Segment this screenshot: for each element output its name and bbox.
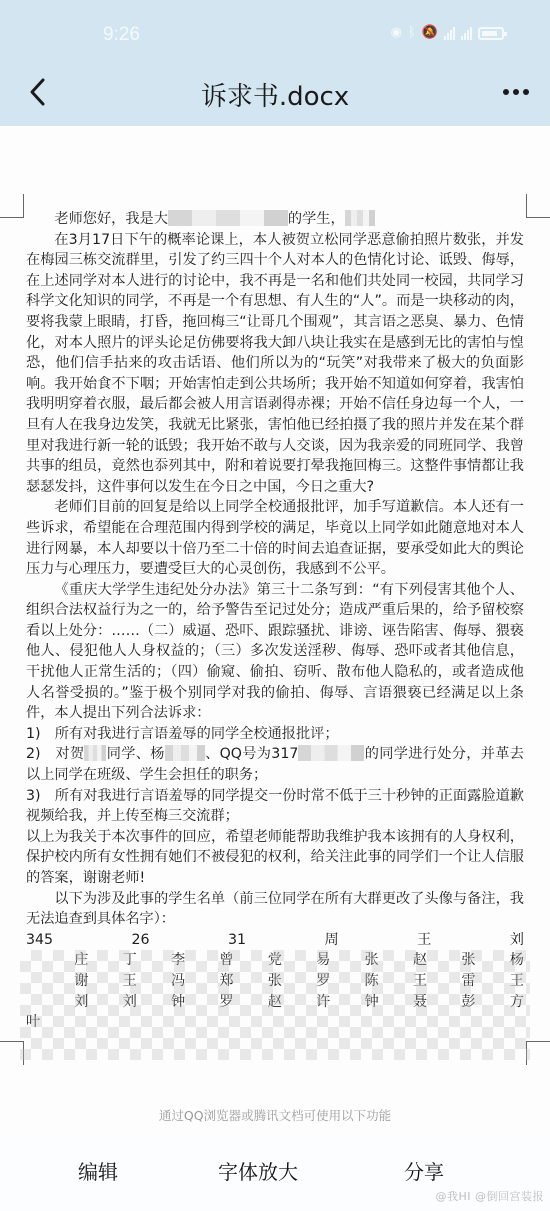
name-entry: 罗 — [219, 992, 233, 1013]
name-entry: 钟 — [365, 992, 379, 1013]
name-entry: 26 — [132, 930, 150, 951]
status-time: 9:26 — [103, 24, 140, 46]
more-dot — [513, 89, 519, 95]
name-entry: 钟 — [171, 992, 185, 1013]
greeting-suffix: 的学生， — [288, 211, 345, 227]
name-entry: 赵 — [268, 992, 282, 1013]
page-title: 诉求书.docx — [0, 76, 550, 113]
name-entry: 刘 — [74, 992, 88, 1013]
redacted-block — [165, 745, 205, 761]
name-entry: 李 — [171, 950, 185, 971]
name-entry: 彭 — [461, 992, 475, 1013]
name-entry: 雷 — [461, 971, 475, 992]
closing-paragraph: 以上为我关于本次事件的回应，希望老师能帮助我维护我本该拥有的人身权利，保护校内所… — [26, 827, 524, 889]
name-entry: 易 — [316, 950, 330, 971]
name-row: 谢 王 冯 郑 张 罗 陈 王 雷 王 — [26, 971, 524, 992]
redacted-block — [345, 210, 375, 226]
demand-2-prefix: 2) 对贺 — [26, 746, 84, 762]
demand-2: 2) 对贺同学、杨、QQ号为317的同学进行处分，并革去以上同学在班级、学生会担… — [26, 744, 524, 785]
paragraph-3: 《重庆大学学生违纪处分办法》第三十二条写到：“有下列侵害其他个人、组织合法权益行… — [26, 580, 524, 724]
name-row: 庄 丁 李 曾 党 易 张 赵 张 杨 — [26, 950, 524, 971]
demand-2-mid1: 同学、杨 — [106, 746, 164, 762]
name-row: 345 26 31 周 王 刘 — [26, 930, 524, 951]
name-entry: 许 — [316, 992, 330, 1013]
name-entry: 王 — [417, 930, 431, 951]
document-body: 老师您好，我是大的学生， 在3月17日下午的概率论课上，本人被贺立松同学恶意偷拍… — [26, 209, 524, 1033]
greeting-line: 老师您好，我是大的学生， — [26, 209, 524, 230]
name-entry: 张 — [268, 971, 282, 992]
redacted-block — [298, 745, 364, 761]
name-entry: 张 — [461, 950, 475, 971]
more-dots-icon — [503, 89, 509, 95]
margin-corner-bottom-right — [526, 1041, 550, 1065]
greeting-prefix: 老师您好，我是大 — [54, 211, 168, 227]
name-entry: 王 — [123, 971, 137, 992]
name-entry: 方 — [510, 992, 524, 1013]
signal-5g-icon — [461, 26, 472, 40]
name-entry: 曾 — [219, 950, 233, 971]
redacted-block — [84, 745, 106, 761]
status-icons: ◉ ᛒ 🔕 — [391, 26, 504, 40]
font-enlarge-button[interactable]: 字体放大 — [218, 1156, 298, 1185]
name-row: 刘 刘 钟 罗 赵 许 钟 聂 彭 方 — [26, 992, 524, 1013]
name-entry: 31 — [228, 930, 246, 951]
name-entry: 庄 — [74, 950, 88, 971]
name-entry: 刘 — [510, 930, 524, 951]
name-entry: 郑 — [219, 971, 233, 992]
name-entry: 聂 — [413, 992, 427, 1013]
bluetooth-icon: ᛒ — [408, 26, 416, 40]
top-bar: 9:26 ◉ ᛒ 🔕 诉求书.docx — [0, 0, 550, 126]
name-entry: 陈 — [365, 971, 379, 992]
signal-4g-icon — [444, 26, 455, 40]
name-entry: 张 — [365, 950, 379, 971]
feature-hint: 通过QQ浏览器或腾讯文档可使用以下功能 — [0, 1106, 550, 1124]
name-entry: 叶 — [26, 1012, 40, 1033]
eye-icon: ◉ — [391, 26, 402, 40]
name-list-intro: 以下为涉及此事的学生名单（前三位同学在所有大群更改了头像与备注，我无法追查到具体… — [26, 889, 524, 930]
paragraph-2: 老师们目前的回复是给以上同学全校通报批评，加手写道歉信。本人还有一些诉求，希望能… — [26, 497, 524, 579]
margin-corner-top-right — [526, 194, 550, 218]
name-entry: 赵 — [413, 950, 427, 971]
name-entry: 周 — [324, 930, 338, 951]
name-entry: 丁 — [123, 950, 137, 971]
edit-button[interactable]: 编辑 — [78, 1156, 118, 1185]
margin-corner-top-left — [0, 194, 24, 218]
name-entry: 党 — [268, 950, 282, 971]
paragraph-1: 在3月17日下午的概率论课上，本人被贺立松同学恶意偷拍照片数张，并发在梅园三栋交… — [26, 230, 524, 498]
demand-2-mid2: 、QQ号为317 — [205, 746, 299, 762]
more-button[interactable] — [496, 80, 536, 104]
name-entry: 王 — [413, 971, 427, 992]
name-entry: 345 — [26, 930, 53, 951]
battery-icon — [478, 27, 504, 40]
more-dot — [523, 89, 529, 95]
name-list: 345 26 31 周 王 刘 庄 丁 李 曾 党 易 张 赵 张 杨 — [26, 930, 524, 1033]
mute-bell-icon: 🔕 — [422, 26, 438, 40]
redacted-block — [168, 210, 288, 226]
demand-3: 3) 所有对我进行言语羞辱的同学提交一份时常不低于三十秒钟的正面露脸道歉视频给我… — [26, 786, 524, 827]
share-button[interactable]: 分享 — [404, 1156, 444, 1185]
name-entry: 谢 — [74, 971, 88, 992]
weibo-watermark: @我HI @倒回宫装报 — [435, 1188, 544, 1204]
name-entry: 刘 — [123, 992, 137, 1013]
name-entry: 杨 — [510, 950, 524, 971]
name-entry: 冯 — [171, 971, 185, 992]
margin-corner-bottom-left — [0, 1041, 24, 1065]
name-entry: 王 — [510, 971, 524, 992]
demand-1: 1) 所有对我进行言语羞辱的同学全校通报批评； — [26, 724, 524, 745]
document-page[interactable]: 老师您好，我是大的学生， 在3月17日下午的概率论课上，本人被贺立松同学恶意偷拍… — [0, 126, 550, 1156]
name-entry: 罗 — [316, 971, 330, 992]
name-row: 叶 — [26, 1012, 524, 1033]
